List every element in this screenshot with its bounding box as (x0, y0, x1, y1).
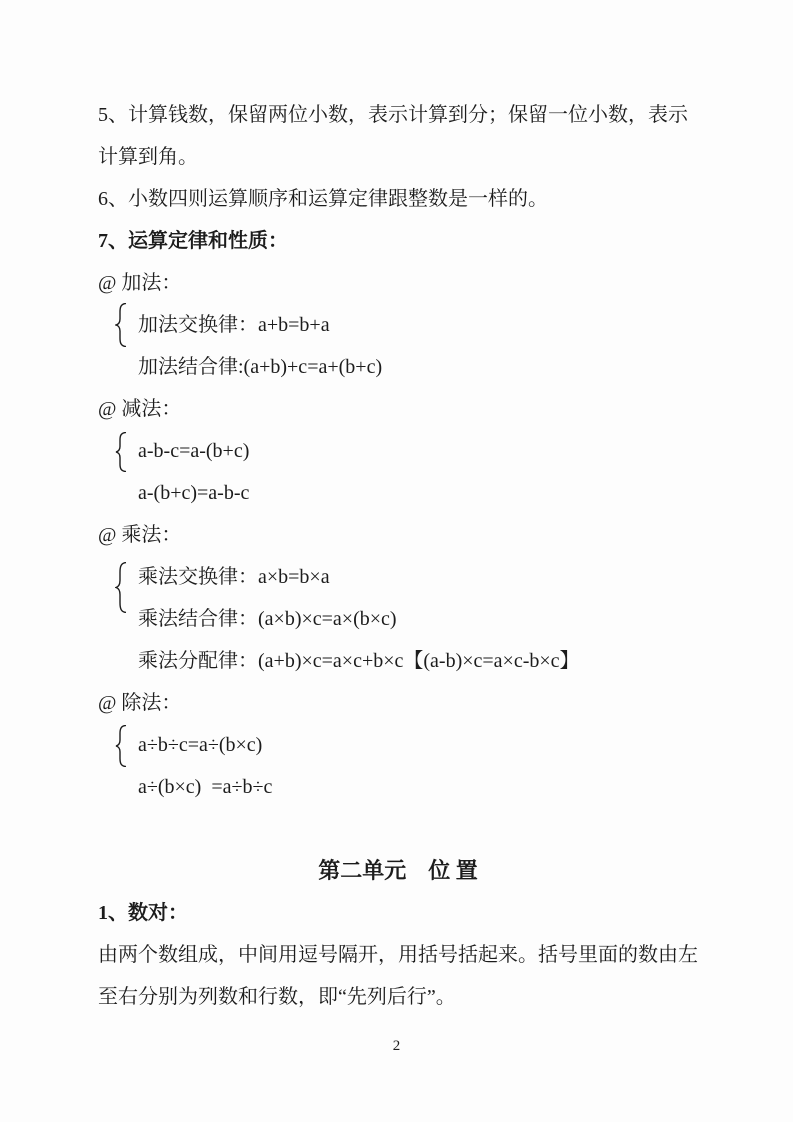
formula-multiplication-associative: 乘法结合律：(a×b)×c=a×(b×c) (138, 598, 698, 640)
page-number: 2 (0, 1032, 793, 1060)
formula-multiplication-distributive: 乘法分配律：(a+b)×c=a×c+b×c【(a-b)×c=a×c-b×c】 (138, 640, 698, 682)
text-line-point6: 6、小数四则运算顺序和运算定律跟整数是一样的。 (98, 178, 698, 220)
document-page: 5、计算钱数，保留两位小数，表示计算到分；保留一位小数，表示 计算到角。 6、小… (0, 0, 793, 1122)
number-pairs-body-line-2: 至右分别为列数和行数，即“先列后行”。 (98, 976, 698, 1018)
number-pairs-body-line-1: 由两个数组成，中间用逗号隔开，用括号括起来。括号里面的数由左 (98, 934, 698, 976)
formula-division-2: a÷(b×c) =a÷b÷c (138, 766, 698, 808)
text-line-point5: 5、计算钱数，保留两位小数，表示计算到分；保留一位小数，表示 (98, 94, 698, 136)
formula-multiplication-commutative: 乘法交换律：a×b=b×a (138, 556, 698, 598)
operation-label-division: @ 除法： (98, 682, 698, 724)
subtraction-formula-group: a-b-c=a-(b+c) a-(b+c)=a-b-c (98, 430, 698, 514)
operation-label-addition: @ 加法： (98, 262, 698, 304)
unit2-title: 第二单元 位 置 (98, 850, 698, 892)
operation-label-multiplication: @ 乘法： (98, 514, 698, 556)
formula-addition-commutative: 加法交换律：a+b=b+a (138, 304, 698, 346)
operation-label-subtraction: @ 减法： (98, 388, 698, 430)
left-brace-icon (115, 303, 127, 347)
section-heading-laws: 7、运算定律和性质： (98, 220, 698, 262)
addition-formula-group: 加法交换律：a+b=b+a 加法结合律:(a+b)+c=a+(b+c) (98, 304, 698, 388)
heading-number-pairs: 1、数对： (98, 892, 698, 934)
division-formula-group: a÷b÷c=a÷(b×c) a÷(b×c) =a÷b÷c (98, 724, 698, 808)
formula-addition-associative: 加法结合律:(a+b)+c=a+(b+c) (138, 346, 698, 388)
formula-division-1: a÷b÷c=a÷(b×c) (138, 724, 698, 766)
text-line-point5-continued: 计算到角。 (98, 136, 698, 178)
multiplication-formula-group: 乘法交换律：a×b=b×a 乘法结合律：(a×b)×c=a×(b×c) 乘法分配… (98, 556, 698, 682)
formula-subtraction-2: a-(b+c)=a-b-c (138, 472, 698, 514)
left-brace-icon (115, 562, 127, 613)
formula-subtraction-1: a-b-c=a-(b+c) (138, 430, 698, 472)
left-brace-icon (115, 725, 127, 767)
document-content: 5、计算钱数，保留两位小数，表示计算到分；保留一位小数，表示 计算到角。 6、小… (98, 94, 698, 1018)
left-brace-icon (115, 432, 127, 472)
